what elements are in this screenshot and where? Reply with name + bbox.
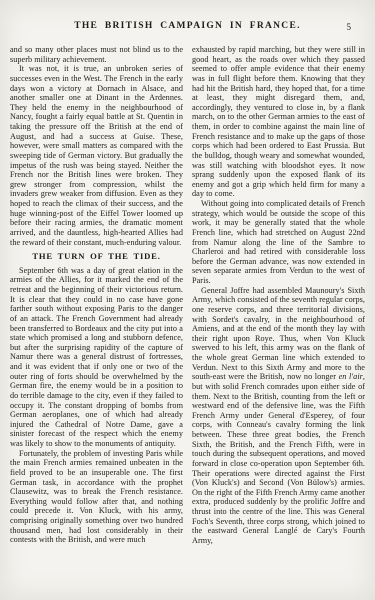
- text-columns: and so many other places must not blind …: [10, 45, 365, 546]
- body-paragraph: General Joffre had assembled Maunoury's …: [192, 286, 365, 546]
- body-paragraph: and so many other places must not blind …: [10, 45, 183, 64]
- body-paragraph: September 6th was a day of great elation…: [10, 266, 183, 449]
- left-column: and so many other places must not blind …: [10, 45, 183, 546]
- page-header: THE BRITISH CAMPAIGN IN FRANCE. 5: [10, 0, 365, 34]
- book-page: THE BRITISH CAMPAIGN IN FRANCE. 5 and so…: [0, 0, 375, 600]
- right-column: exhausted by rapid marching, but they we…: [192, 45, 365, 546]
- body-paragraph: exhausted by rapid marching, but they we…: [192, 45, 365, 199]
- section-heading: THE TURN OF THE TIDE.: [10, 252, 183, 262]
- running-header: THE BRITISH CAMPAIGN IN FRANCE.: [10, 21, 365, 31]
- body-paragraph: Without going into complicated details o…: [192, 199, 365, 286]
- paragraph-text: General Joffre had assembled Maunoury's …: [192, 286, 365, 382]
- italic-phrase: en l'air: [339, 372, 363, 381]
- body-paragraph: Fortunately, the problem of investing Pa…: [10, 449, 183, 545]
- page-number: 5: [347, 22, 352, 32]
- body-paragraph: It was not, it is true, an unbroken seri…: [10, 64, 183, 247]
- paragraph-text: , but with solid French comrades upon ei…: [192, 372, 365, 545]
